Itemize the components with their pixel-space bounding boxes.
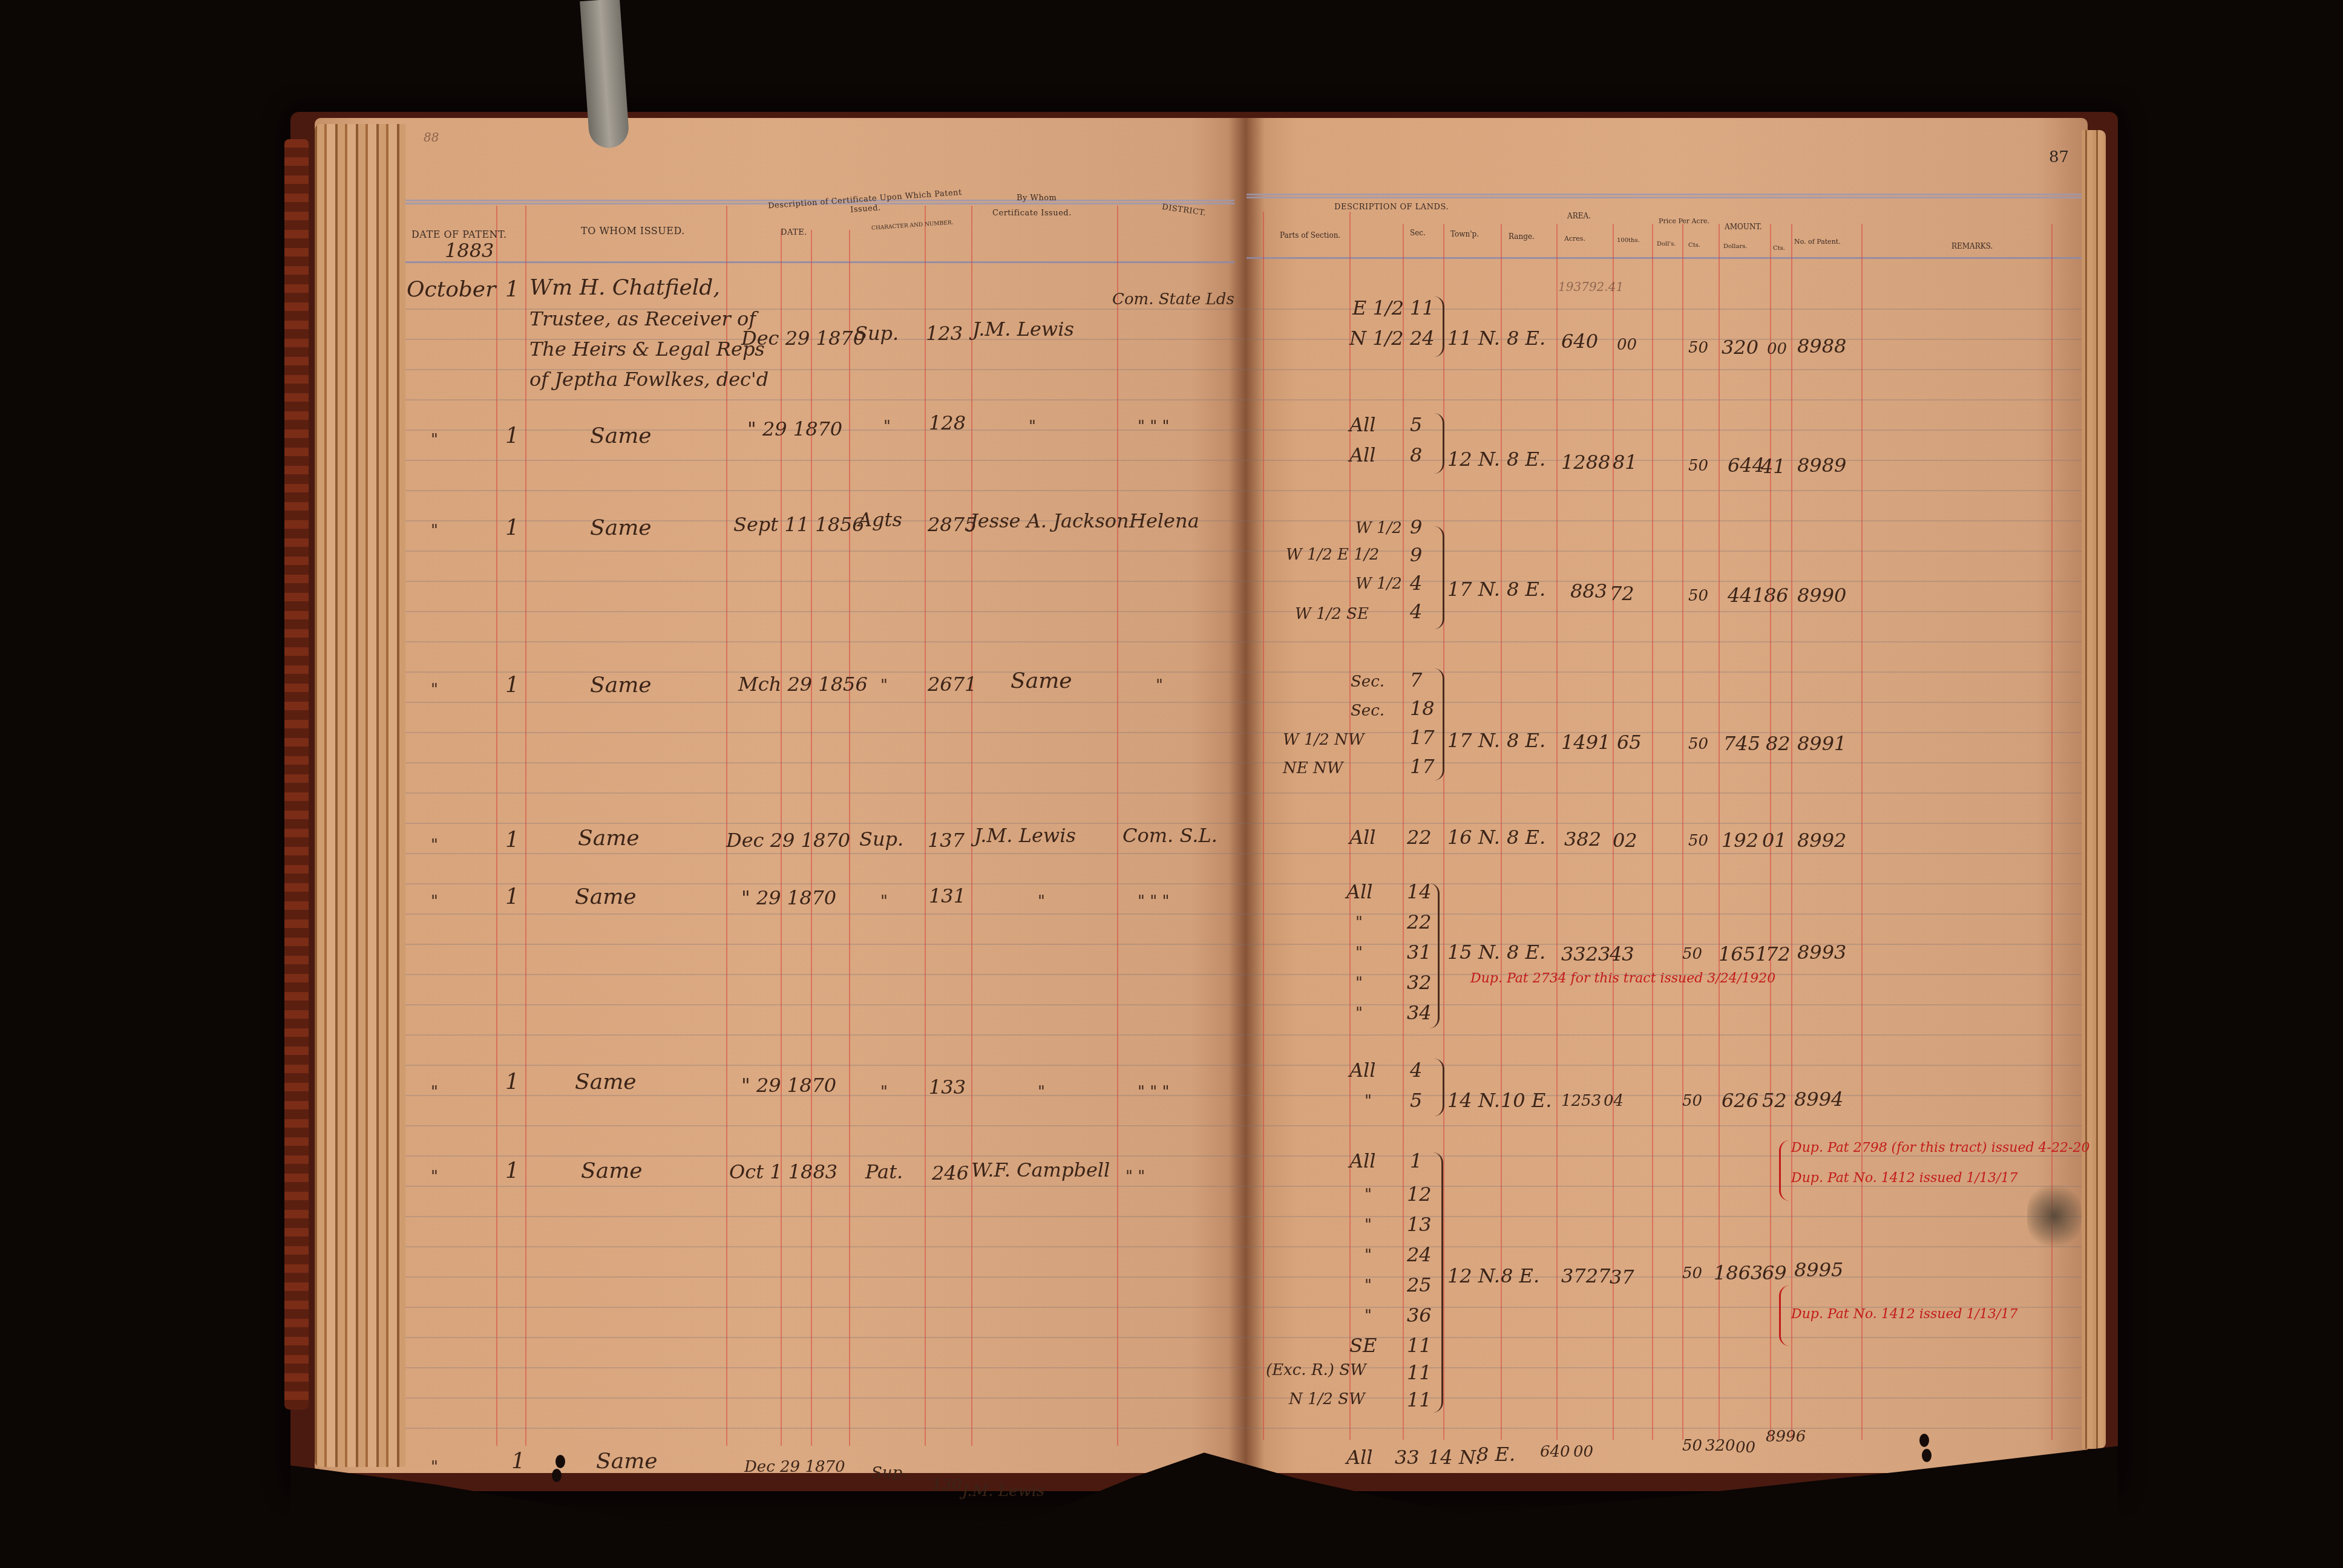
amount-dollars: 441 <box>1728 584 1765 607</box>
land-sec: 31 <box>1407 941 1432 964</box>
land-township: 17 N. <box>1447 729 1500 752</box>
amount-dollars: 320 <box>1722 336 1758 359</box>
land-sec: 8 <box>1410 443 1422 466</box>
entry-grantee-line: Same <box>581 1158 643 1183</box>
land-sec: 11 <box>1407 1388 1432 1411</box>
header-dolls: Doll's. <box>1657 241 1676 247</box>
amount-cts: 72 <box>1766 942 1791 965</box>
entry-cert-number: 123 <box>926 322 963 345</box>
frayed-spine-edge <box>284 139 309 1410</box>
land-part: " <box>1365 1092 1372 1110</box>
entry-cert-date: Mch 29 1856 <box>738 673 868 696</box>
land-sec: 12 <box>1407 1183 1432 1206</box>
land-sec: 13 <box>1407 1213 1432 1236</box>
land-part: All <box>1349 413 1376 436</box>
entry-day: 1 <box>505 673 519 697</box>
col-divider <box>1861 224 1863 1440</box>
entry-district: " " " <box>1138 1083 1169 1101</box>
land-sec: 17 <box>1410 726 1435 749</box>
land-acres: 883 <box>1570 580 1607 603</box>
land-township: 14 N. <box>1447 1089 1500 1112</box>
col-divider <box>1719 224 1720 1440</box>
entry-cert-date: Dec 29 1870 <box>744 1458 845 1476</box>
amount-dollars: 1651 <box>1719 942 1768 965</box>
entry-cert-date: " 29 1870 <box>741 886 836 909</box>
header-area: AREA. <box>1567 212 1591 220</box>
entry-by-whom: J.M. Lewis <box>972 318 1074 341</box>
entry-day: 1 <box>505 1158 519 1183</box>
col-divider <box>726 206 727 1446</box>
land-hundredths: 00 <box>1617 336 1637 354</box>
col-divider <box>925 206 926 1446</box>
land-range: 8 E. <box>1476 1443 1515 1466</box>
col-divider <box>2051 224 2053 1440</box>
bracket-icon <box>1434 413 1444 474</box>
entry-by-whom: Same <box>1011 668 1072 693</box>
header-township: Town'p. <box>1450 230 1479 238</box>
entry-cert-date: Sept 11 1856 <box>733 513 865 536</box>
entry-cert-type: Sup. <box>859 828 903 851</box>
amount-cts: 00 <box>1735 1439 1755 1457</box>
land-township: 12 N. <box>1447 1264 1500 1287</box>
land-part: All <box>1346 1446 1373 1469</box>
bracket-icon <box>1433 1152 1443 1413</box>
col-divider <box>1556 224 1558 1440</box>
land-acres: 640 <box>1540 1443 1570 1461</box>
land-part: W 1/2 <box>1355 519 1402 537</box>
price-cts: 50 <box>1688 832 1708 850</box>
amount-cts: 82 <box>1766 732 1791 755</box>
entry-cert-number: 128 <box>929 411 966 434</box>
entry-day: 1 <box>505 423 519 448</box>
land-range: 8 E. <box>1507 826 1545 849</box>
land-part: SE <box>1349 1334 1377 1357</box>
land-part: W 1/2 E 1/2 <box>1286 546 1379 564</box>
land-acres: 382 <box>1564 828 1601 851</box>
patent-number: 8989 <box>1797 454 1846 477</box>
header-acres: Acres. <box>1564 235 1585 243</box>
land-sec: 9 <box>1410 543 1422 566</box>
price-cts: 50 <box>1682 945 1702 963</box>
red-remark: Dup. Pat No. 1412 issued 1/13/17 <box>1791 1171 2017 1186</box>
col-divider <box>1682 224 1683 1440</box>
header-certificate-issued: Certificate Issued. <box>992 209 1072 218</box>
red-bracket-icon <box>1779 1285 1789 1346</box>
entry-cert-type: Sup. <box>854 322 899 345</box>
land-sec: 24 <box>1410 327 1435 350</box>
land-township: 15 N. <box>1447 941 1500 964</box>
price-cts: 50 <box>1682 1092 1702 1110</box>
col-divider <box>1403 224 1404 1440</box>
land-sec: 24 <box>1407 1243 1432 1266</box>
col-divider <box>496 206 497 1446</box>
red-bracket-icon <box>1779 1140 1789 1201</box>
bracket-icon <box>1434 1059 1444 1116</box>
entry-month: " <box>431 431 438 449</box>
amount-cts: 00 <box>1767 340 1787 358</box>
land-part: NE NW <box>1283 759 1343 777</box>
entry-grantee-line: Same <box>596 1449 658 1474</box>
amount-dollars: 320 <box>1705 1437 1735 1455</box>
land-sec: 22 <box>1407 826 1432 849</box>
right-page <box>1247 118 2088 1473</box>
entry-grantee-line: The Heirs & Legal Reps <box>529 338 765 361</box>
entry-day: 1 <box>505 515 519 540</box>
header-to-whom-issued: TO WHOM ISSUED. <box>581 225 685 237</box>
col-divider <box>1652 224 1653 1440</box>
entry-month: " <box>431 1083 438 1101</box>
land-range: 10 E. <box>1501 1089 1552 1112</box>
entry-day: 1 <box>505 828 519 852</box>
land-part: " <box>1365 1246 1372 1264</box>
entry-cert-date: Dec 29 1870 <box>741 327 865 350</box>
land-township: 16 N. <box>1447 826 1500 849</box>
bracket-icon <box>1434 526 1444 629</box>
land-part: All <box>1349 826 1376 849</box>
header-sec: Sec. <box>1410 229 1426 237</box>
faint-page-mark: 88 <box>424 130 439 145</box>
land-sec: 4 <box>1410 572 1422 595</box>
year-header: 1883 <box>445 239 494 262</box>
land-acres: 3323 <box>1561 942 1610 965</box>
entry-cert-date: " 29 1870 <box>747 417 842 440</box>
right-page-edges <box>2082 130 2106 1449</box>
price-cts: 50 <box>1688 339 1708 357</box>
col-divider <box>1791 224 1792 1440</box>
patent-number: 8991 <box>1797 732 1846 755</box>
entry-month: " <box>431 681 438 699</box>
entry-month: October <box>407 277 496 302</box>
land-township: 17 N. <box>1447 578 1500 601</box>
bracket-icon <box>1434 296 1444 357</box>
entry-cert-number: 246 <box>932 1161 969 1184</box>
amount-dollars: 644 <box>1728 454 1765 477</box>
entry-by-whom: W.F. Campbell <box>971 1158 1110 1181</box>
red-remark: Dup. Pat No. 1412 issued 1/13/17 <box>1791 1307 2017 1322</box>
entry-grantee-line: Trustee, as Receiver of <box>529 307 756 330</box>
entry-grantee-line: Same <box>590 673 652 697</box>
ink-blot <box>552 1469 562 1482</box>
price-cts: 50 <box>1688 587 1708 605</box>
entry-by-whom: " <box>1029 417 1036 436</box>
amount-dollars: 745 <box>1723 732 1760 755</box>
header-remarks: REMARKS. <box>1951 242 1993 250</box>
entry-month: " <box>431 1458 438 1476</box>
amount-cts: 69 <box>1762 1261 1787 1284</box>
entry-day: 1 <box>505 884 519 909</box>
entry-district: " " " <box>1138 417 1169 436</box>
ink-blot <box>1919 1434 1929 1447</box>
entry-district: Com. State Lds <box>1112 290 1234 309</box>
entry-pencil-note: 193792.41 <box>1558 279 1624 294</box>
land-acres: 1491 <box>1561 731 1610 754</box>
entry-cert-number: 133 <box>929 1076 966 1099</box>
land-range: 8 E. <box>1507 941 1545 964</box>
entry-month: " <box>431 521 438 540</box>
book-gutter <box>1228 118 1265 1473</box>
entry-district: Com. S.L. <box>1122 824 1217 847</box>
land-part: W 1/2 SE <box>1295 605 1369 623</box>
entry-by-whom: J.M. Lewis <box>974 824 1076 847</box>
land-hundredths: 81 <box>1613 451 1637 474</box>
land-sec: 22 <box>1407 910 1432 933</box>
entry-cert-number: 137 <box>928 829 965 852</box>
col-divider <box>1263 212 1264 1440</box>
land-part: " <box>1355 974 1363 992</box>
land-sec: 17 <box>1410 755 1435 778</box>
land-sec: 18 <box>1410 697 1435 720</box>
land-sec: 11 <box>1410 296 1435 319</box>
entry-cert-number: 131 <box>929 884 966 907</box>
patent-number: 8994 <box>1794 1088 1843 1111</box>
land-acres: 640 <box>1561 330 1598 353</box>
entry-month: " <box>431 836 438 854</box>
entry-by-whom: " <box>1038 1083 1045 1101</box>
land-township: 14 N. <box>1428 1446 1481 1469</box>
land-sec: 1 <box>1410 1149 1422 1172</box>
header-cts: Cts. <box>1688 242 1700 249</box>
entry-day: 1 <box>511 1449 525 1474</box>
land-part: All <box>1349 443 1376 466</box>
land-sec: 25 <box>1407 1273 1432 1296</box>
amount-dollars: 192 <box>1722 829 1758 852</box>
entry-cert-type: " <box>880 1083 888 1101</box>
land-acres: 1288 <box>1561 451 1610 474</box>
header-by-whom: By Whom <box>1017 194 1057 203</box>
header-amount: AMOUNT. <box>1725 223 1761 231</box>
land-hundredths: 43 <box>1610 942 1634 965</box>
land-part: All <box>1349 1149 1376 1172</box>
price-cts: 50 <box>1682 1264 1702 1282</box>
red-remark: Dup. Pat 2798 (for this tract) issued 4-… <box>1791 1140 2089 1155</box>
amount-dollars: 1863 <box>1714 1261 1763 1284</box>
patent-number: 8990 <box>1797 584 1846 607</box>
header-cert-date: DATE. <box>781 228 807 237</box>
bracket-icon <box>1434 668 1444 780</box>
land-part: W 1/2 <box>1355 575 1402 593</box>
col-divider <box>1117 206 1118 1446</box>
entry-district: " <box>1156 676 1163 694</box>
entry-month: " <box>431 1168 438 1186</box>
land-part: Sec. <box>1351 702 1384 720</box>
land-hundredths: 72 <box>1610 582 1634 605</box>
ink-blot <box>555 1455 565 1468</box>
land-sec: 11 <box>1407 1361 1432 1384</box>
land-sec: 9 <box>1410 515 1422 538</box>
entry-cert-date: Oct 1 1883 <box>729 1160 837 1183</box>
entry-grantee-line: Same <box>590 423 652 448</box>
entry-grantee-line: Wm H. Chatfield, <box>529 275 720 300</box>
land-sec: 4 <box>1410 1059 1422 1082</box>
entry-cert-number: 130 <box>932 1476 962 1494</box>
header-amount-cts: Cts. <box>1773 245 1785 252</box>
header-price-per-acre: Price Per Acre. <box>1657 218 1711 225</box>
entry-month: " <box>431 892 438 910</box>
land-range: 8 E. <box>1501 1264 1539 1287</box>
price-cts: 50 <box>1682 1437 1702 1455</box>
land-part: E 1/2 <box>1352 296 1404 319</box>
land-part: " <box>1355 1004 1363 1022</box>
land-sec: 7 <box>1410 668 1422 691</box>
col-divider <box>1443 224 1444 1440</box>
price-cts: 50 <box>1688 457 1708 475</box>
land-hundredths: 37 <box>1610 1266 1634 1289</box>
amount-cts: 41 <box>1761 455 1786 478</box>
page-stain <box>2027 1180 2082 1252</box>
entry-cert-number: 2671 <box>928 673 977 696</box>
red-annotation: Dup. Pat 2734 for this tract issued 3/24… <box>1470 971 1775 986</box>
col-divider <box>1501 224 1502 1440</box>
land-part: " <box>1365 1307 1372 1325</box>
entry-cert-date: Dec 29 1870 <box>726 829 850 852</box>
top-double-rule-right <box>1247 194 2082 198</box>
entry-by-whom: " <box>1038 892 1045 910</box>
header-range: Range. <box>1509 232 1535 241</box>
land-part: N 1/2 SW <box>1289 1390 1365 1408</box>
entry-by-whom: J.M. Lewis <box>962 1482 1044 1500</box>
land-part: " <box>1365 1216 1372 1234</box>
entry-cert-type: Sup. <box>871 1464 907 1482</box>
entry-cert-type: Pat. <box>865 1160 903 1183</box>
patent-number: 8996 <box>1766 1428 1806 1446</box>
bracket-icon <box>1429 883 1440 1028</box>
amount-cts: 01 <box>1762 829 1787 852</box>
land-part: (Exc. R.) SW <box>1266 1361 1366 1379</box>
land-sec: 32 <box>1407 971 1432 994</box>
patent-number: 8988 <box>1797 335 1846 358</box>
entry-cert-date: " 29 1870 <box>741 1074 836 1097</box>
land-range: 8 E. <box>1507 327 1545 350</box>
entry-district: Helena <box>1129 509 1199 532</box>
price-cts: 50 <box>1688 735 1708 753</box>
land-sec: 36 <box>1407 1304 1432 1327</box>
header-no-of-patent: No. of Patent. <box>1794 238 1841 246</box>
land-hundredths: 00 <box>1573 1443 1593 1461</box>
header-description-of-lands: DESCRIPTION OF LANDS. <box>1334 203 1449 212</box>
land-hundredths: 65 <box>1617 731 1642 754</box>
land-acres: 1253 <box>1561 1092 1601 1110</box>
entry-day: 1 <box>505 1070 519 1094</box>
land-sec: 34 <box>1407 1001 1432 1024</box>
land-acres: 3727 <box>1561 1264 1610 1287</box>
entry-grantee-line: Same <box>575 884 637 909</box>
entry-district: " " " <box>1138 892 1169 910</box>
entry-grantee-line: Same <box>575 1070 637 1094</box>
left-page-edges <box>315 124 405 1467</box>
land-part: W 1/2 NW <box>1283 731 1365 749</box>
land-sec: 5 <box>1410 413 1422 436</box>
entry-by-whom: Jesse A. Jackson <box>970 509 1129 532</box>
page-number: 87 <box>2049 148 2069 166</box>
col-divider <box>525 206 526 1446</box>
amount-cts: 86 <box>1764 584 1789 607</box>
entry-district: " " <box>1126 1168 1145 1186</box>
land-range: 8 E. <box>1507 729 1545 752</box>
land-part: " <box>1365 1186 1372 1204</box>
patent-number: 8992 <box>1797 829 1846 852</box>
land-township: 12 N. <box>1447 448 1500 471</box>
ink-blot <box>1922 1449 1932 1462</box>
land-part: " <box>1355 913 1363 932</box>
land-part: " <box>1355 944 1363 962</box>
header-parts-of-section: Parts of Section. <box>1280 231 1340 240</box>
entry-cert-type: " <box>883 417 891 436</box>
header-hundredths: 100ths. <box>1617 237 1640 244</box>
land-range: 8 E. <box>1507 448 1545 471</box>
land-range: 8 E. <box>1507 578 1545 601</box>
header-bottom-rule-right <box>1247 257 2082 259</box>
patent-number: 8993 <box>1797 941 1846 964</box>
land-sec: 33 <box>1395 1446 1420 1469</box>
land-part: All <box>1346 880 1373 903</box>
patent-number: 8995 <box>1794 1258 1843 1281</box>
land-sec: 4 <box>1410 600 1422 623</box>
entry-day: 1 <box>505 277 519 302</box>
land-sec: 14 <box>1407 880 1432 903</box>
entry-grantee-line: Same <box>590 515 652 540</box>
land-part: All <box>1349 1059 1376 1082</box>
land-part: Sec. <box>1351 673 1384 691</box>
entry-cert-type: " <box>880 676 888 694</box>
entry-cert-type: Agts <box>858 508 902 531</box>
entry-grantee-line: of Jeptha Fowlkes, dec'd <box>529 368 768 391</box>
entry-grantee-line: Same <box>578 826 640 851</box>
header-bottom-rule-left <box>405 261 1234 263</box>
land-hundredths: 02 <box>1613 829 1637 852</box>
land-township: 11 N. <box>1447 327 1500 350</box>
entry-cert-type: " <box>880 892 888 910</box>
col-divider <box>971 206 972 1446</box>
header-dollars: Dollars. <box>1723 243 1748 250</box>
amount-dollars: 626 <box>1722 1089 1758 1112</box>
land-part: " <box>1365 1276 1372 1295</box>
land-part: N 1/2 <box>1349 327 1404 350</box>
land-sec: 11 <box>1407 1334 1432 1357</box>
amount-cts: 52 <box>1762 1089 1787 1112</box>
land-hundredths: 04 <box>1604 1092 1624 1110</box>
land-sec: 5 <box>1410 1089 1422 1112</box>
